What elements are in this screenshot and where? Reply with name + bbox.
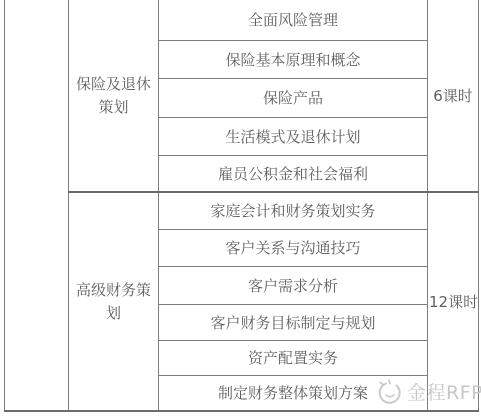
hours-cell-advanced-financial-planning: 12课时 [428,192,479,411]
hours-cell-insurance-retirement: 6课时 [428,0,479,192]
topic-cell: 家庭会计和财务策划实务 [159,192,428,229]
table-row: 高级财务策划 家庭会计和财务策划实务 12课时 [5,192,479,229]
topic-cell: 客户需求分析 [159,266,428,304]
category-cell-advanced-financial-planning: 高级财务策划 [69,192,159,411]
topic-cell: 客户关系与沟通技巧 [159,229,428,266]
topic-cell: 资产配置实务 [159,340,428,375]
topic-cell: 生活模式及退休计划 [159,117,428,155]
topic-cell: 客户财务目标制定与规划 [159,304,428,340]
topic-cell: 保险基本原理和概念 [159,40,428,78]
topic-cell: 保险产品 [159,78,428,117]
course-curriculum-screenshot: 保险及退休策划 全面风险管理 6课时 保险基本原理和概念 保险产品 生活模式及退… [0,0,481,418]
topic-cell: 雇员公积金和社会福利 [159,155,428,192]
topic-cell: 全面风险管理 [159,0,428,40]
category-cell-insurance-retirement: 保险及退休策划 [69,0,159,192]
curriculum-table: 保险及退休策划 全面风险管理 6课时 保险基本原理和概念 保险产品 生活模式及退… [4,0,479,412]
gutter-cell [5,0,69,411]
table-row: 保险及退休策划 全面风险管理 6课时 [5,0,479,40]
topic-cell: 制定财务整体策划方案 [159,375,428,411]
